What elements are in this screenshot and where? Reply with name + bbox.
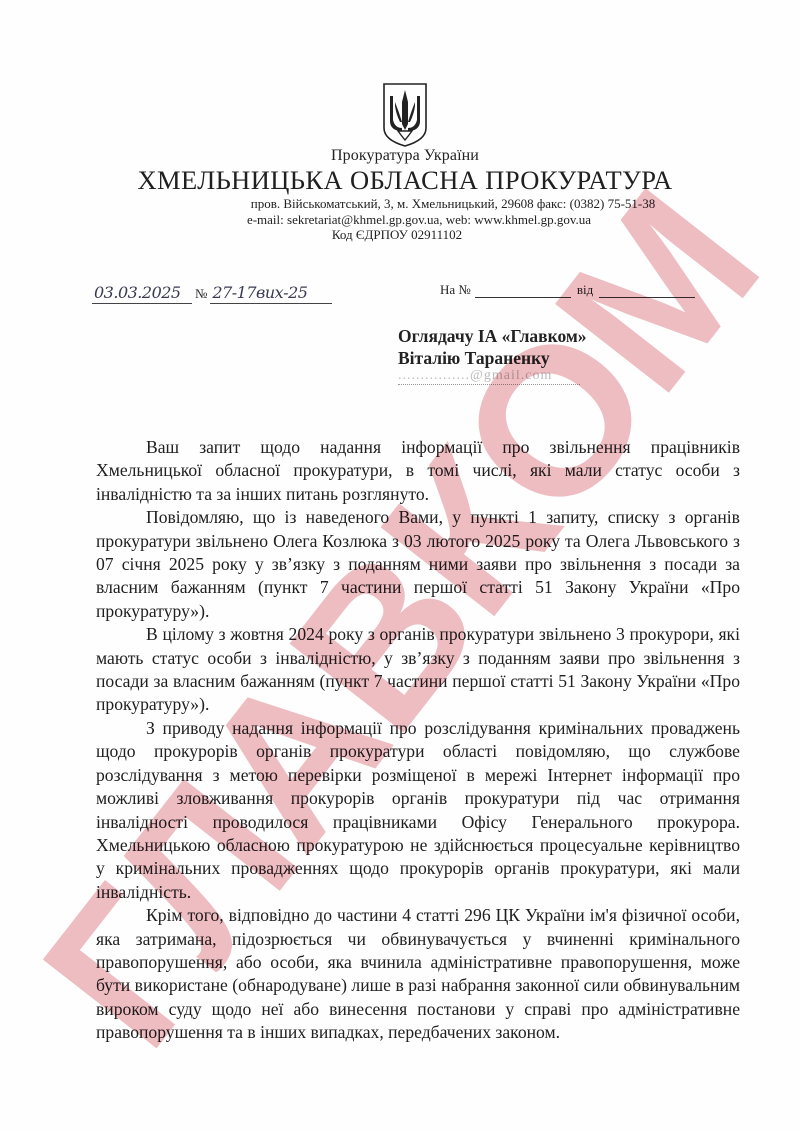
- letter-body: Ваш запит щодо надання інформації про зв…: [96, 436, 740, 1045]
- body-paragraph: З приводу надання інформації про розслід…: [96, 717, 740, 904]
- org-title: ХМЕЛЬНИЦЬКА ОБЛАСНА ПРОКУРАТУРА: [0, 165, 800, 196]
- body-paragraph: Крім того, відповідно до частини 4 статт…: [96, 904, 740, 1044]
- addressee-email-redacted: ................@gmail.com: [398, 370, 580, 385]
- ref-number-blank: [475, 283, 571, 298]
- ref-date-blank: [599, 283, 695, 298]
- trident-coat-of-arms-icon: [381, 82, 429, 148]
- body-paragraph: Ваш запит щодо надання інформації про зв…: [96, 436, 740, 506]
- org-edrpou: Код ЄДРПОУ 02911102: [0, 227, 800, 243]
- org-contacts: e-mail: sekretariat@khmel.gp.gov.ua, web…: [14, 212, 800, 228]
- registration-line: 03.03.2025 № 27-17вих-25: [92, 280, 332, 304]
- ref-number-label: На №: [440, 282, 471, 298]
- ref-from-label: від: [577, 282, 593, 298]
- body-paragraph: В цілому з жовтня 2024 року з органів пр…: [96, 623, 740, 717]
- reference-line: На № від: [440, 282, 695, 298]
- addressee-block: Оглядачу ІА «Главком» Віталію Тараненку …: [398, 326, 587, 391]
- body-paragraph: Повідомляю, що із наведеного Вами, у пун…: [96, 506, 740, 623]
- registration-number: 27-17вих-25: [210, 283, 332, 304]
- registration-date: 03.03.2025: [92, 283, 192, 304]
- org-parent-name: Прокуратура України: [0, 147, 800, 165]
- addressee-name: Віталію Тараненку: [398, 348, 587, 370]
- org-address: пров. Військоматський, 3, м. Хмельницьки…: [48, 196, 800, 212]
- addressee-position: Оглядачу ІА «Главком»: [398, 326, 587, 348]
- number-sign: №: [195, 286, 207, 302]
- document-page: Прокуратура України ХМЕЛЬНИЦЬКА ОБЛАСНА …: [0, 0, 800, 1131]
